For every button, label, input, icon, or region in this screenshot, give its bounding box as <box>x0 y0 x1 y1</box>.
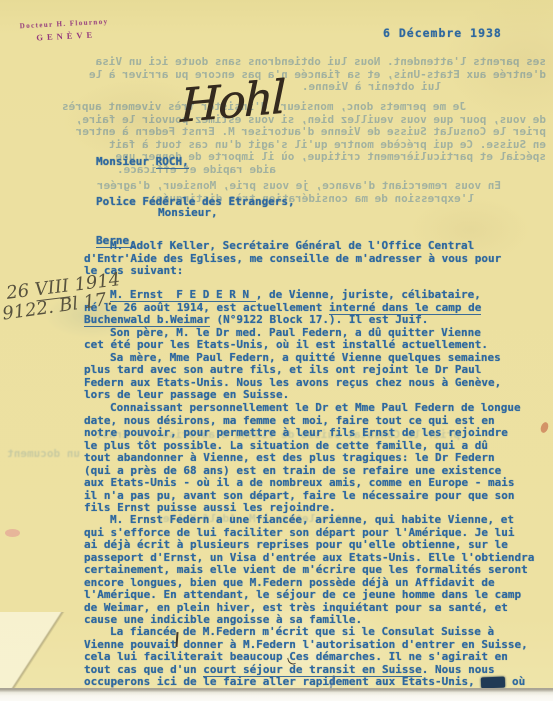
scan-bottom-edge <box>0 688 553 701</box>
salutation: Monsieur, <box>158 207 218 220</box>
redacted-word <box>481 676 505 688</box>
paper-stain <box>5 529 20 537</box>
paragraph-keller: M. Adolf Keller, Secrétaire Général de l… <box>84 240 553 278</box>
date-line: 6 Décembre 1938 <box>383 27 502 40</box>
recipient-name: ROCH, <box>156 155 189 169</box>
paragraph-fiancee-visa: M. Ernst Federn a une fiancée, arienne, … <box>84 514 553 627</box>
paragraph-parents-usa: Connaissant personnellement le Dr et Mme… <box>84 402 553 515</box>
paragraph-federn-family: M. Ernst F E D E R N , de Vienne, jurist… <box>84 289 553 402</box>
letterhead-stamp: Docteur H. Flournoy GENÈVE <box>20 18 110 44</box>
letterhead-city: GENÈVE <box>36 29 109 43</box>
recipient-line-1: Monsieur ROCH, <box>96 155 295 168</box>
paragraph-transit-request: La fiancée de M.Federn m'écrit que si le… <box>84 626 553 689</box>
bleedthrough-fragment: un document <box>0 447 80 460</box>
scanned-letter-page: ses parents l'attendent. Nous lui obtien… <box>0 0 553 701</box>
handwritten-annotation-hohl: Hohl <box>180 69 285 132</box>
